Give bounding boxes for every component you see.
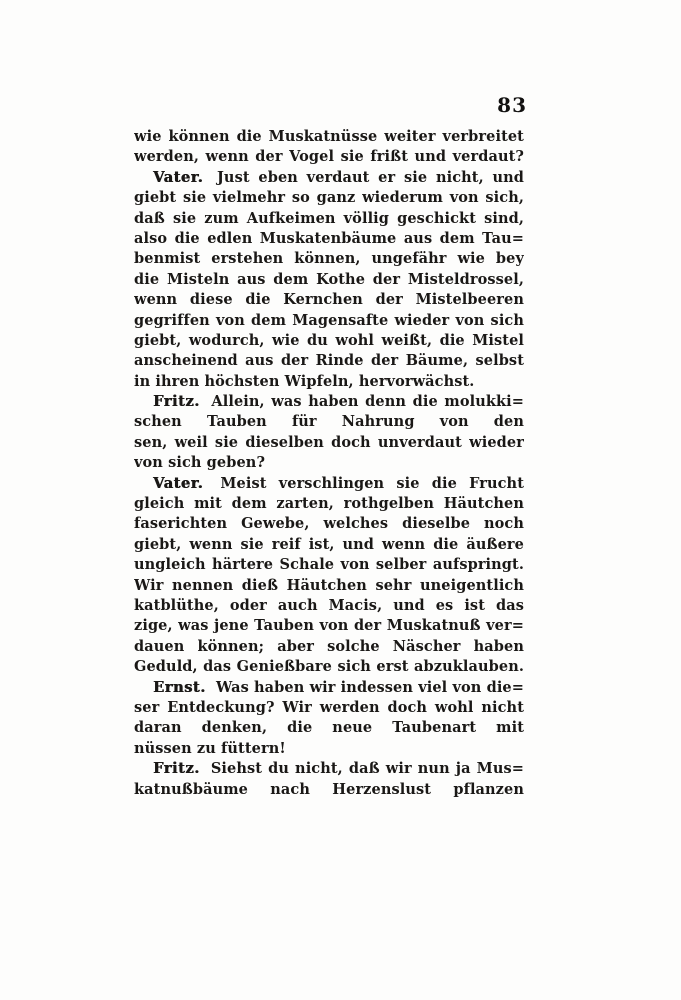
paragraph: Vater. Just eben verdaut er sie nicht, u… — [134, 168, 524, 392]
text-line: benmist erstehen können, ungefähr wie be… — [134, 249, 524, 269]
text-line: wie können die Muskatnüsse weiter verbre… — [134, 127, 524, 147]
text-line: Fritz. Siehst du nicht, daß wir nun ja M… — [134, 759, 524, 779]
text-line: anscheinend aus der Rinde der Bäume, sel… — [134, 351, 524, 371]
speaker-name: Fritz. — [153, 393, 205, 410]
text-line: Fritz. Allein, was haben denn die molukk… — [134, 392, 524, 412]
text-line: also die edlen Muskatenbäume aus dem Tau… — [134, 229, 524, 249]
text-line: Wir nennen dieß Häutchen sehr uneigentli… — [134, 576, 524, 596]
paragraph: wie können die Muskatnüsse weiter verbre… — [134, 127, 524, 168]
text-line: faserichten Gewebe, welches dieselbe noc… — [134, 514, 524, 534]
text-line: Vater. Meist verschlingen sie die Frucht… — [134, 474, 524, 494]
page-number: 83 — [497, 93, 527, 117]
text-line: sen, weil sie dieselben doch unverdaut w… — [134, 433, 524, 453]
page-text: wie können die Muskatnüsse weiter verbre… — [134, 127, 524, 800]
paragraph: Ernst. Was haben wir indessen viel von d… — [134, 678, 524, 760]
paragraph: Fritz. Siehst du nicht, daß wir nun ja M… — [134, 759, 524, 800]
text-line: gegriffen von dem Magensafte wieder von … — [134, 311, 524, 331]
text-line: giebt, wenn sie reif ist, und wenn die ä… — [134, 535, 524, 555]
text-line: giebt, wodurch, wie du wohl weißt, die M… — [134, 331, 524, 351]
text-line: daran denken, die neue Taubenart mit Mus… — [134, 718, 524, 738]
paragraph: Fritz. Allein, was haben denn die molukk… — [134, 392, 524, 474]
line-text: Siehst du nicht, daß wir nun ja Mus= — [211, 760, 524, 777]
line-text: Just eben verdaut er sie nicht, und — [217, 169, 524, 186]
speaker-name: Ernst. — [153, 679, 211, 696]
text-line: katnußbäume nach Herzenslust pflanzen kö… — [134, 780, 524, 800]
text-line: daß sie zum Aufkeimen völlig geschickt s… — [134, 209, 524, 229]
text-line: gleich mit dem zarten, rothgelben Häutch… — [134, 494, 524, 514]
line-text: Was haben wir indessen viel von die= — [216, 679, 524, 696]
text-line: Ernst. Was haben wir indessen viel von d… — [134, 678, 524, 698]
book-page: 83 wie können die Muskatnüsse weiter ver… — [0, 0, 681, 1000]
text-line: in ihren höchsten Wipfeln, hervorwächst. — [134, 372, 524, 392]
text-line: dauen können; aber solche Näscher haben … — [134, 637, 524, 657]
text-line: giebt sie vielmehr so ganz wiederum von … — [134, 188, 524, 208]
text-line: von sich geben? — [134, 453, 524, 473]
text-line: die Misteln aus dem Kothe der Misteldros… — [134, 270, 524, 290]
text-line: zige, was jene Tauben von der Muskatnuß … — [134, 616, 524, 636]
line-text: Allein, was haben denn die molukki= — [211, 393, 524, 410]
paragraph: Vater. Meist verschlingen sie die Frucht… — [134, 474, 524, 678]
speaker-name: Vater. — [153, 475, 208, 492]
text-line: werden, wenn der Vogel sie frißt und ver… — [134, 147, 524, 167]
text-line: wenn diese die Kernchen der Mistelbeeren… — [134, 290, 524, 310]
text-line: schen Tauben für Nahrung von den Muskatn… — [134, 412, 524, 432]
text-line: ser Entdeckung? Wir werden doch wohl nic… — [134, 698, 524, 718]
text-line: Geduld, das Genießbare sich erst abzukla… — [134, 657, 524, 677]
speaker-name: Vater. — [153, 169, 208, 186]
text-line: nüssen zu füttern! — [134, 739, 524, 759]
text-line: katblüthe, oder auch Macis, und es ist d… — [134, 596, 524, 616]
text-line: Vater. Just eben verdaut er sie nicht, u… — [134, 168, 524, 188]
text-line: ungleich härtere Schale von selber aufsp… — [134, 555, 524, 575]
speaker-name: Fritz. — [153, 760, 205, 777]
